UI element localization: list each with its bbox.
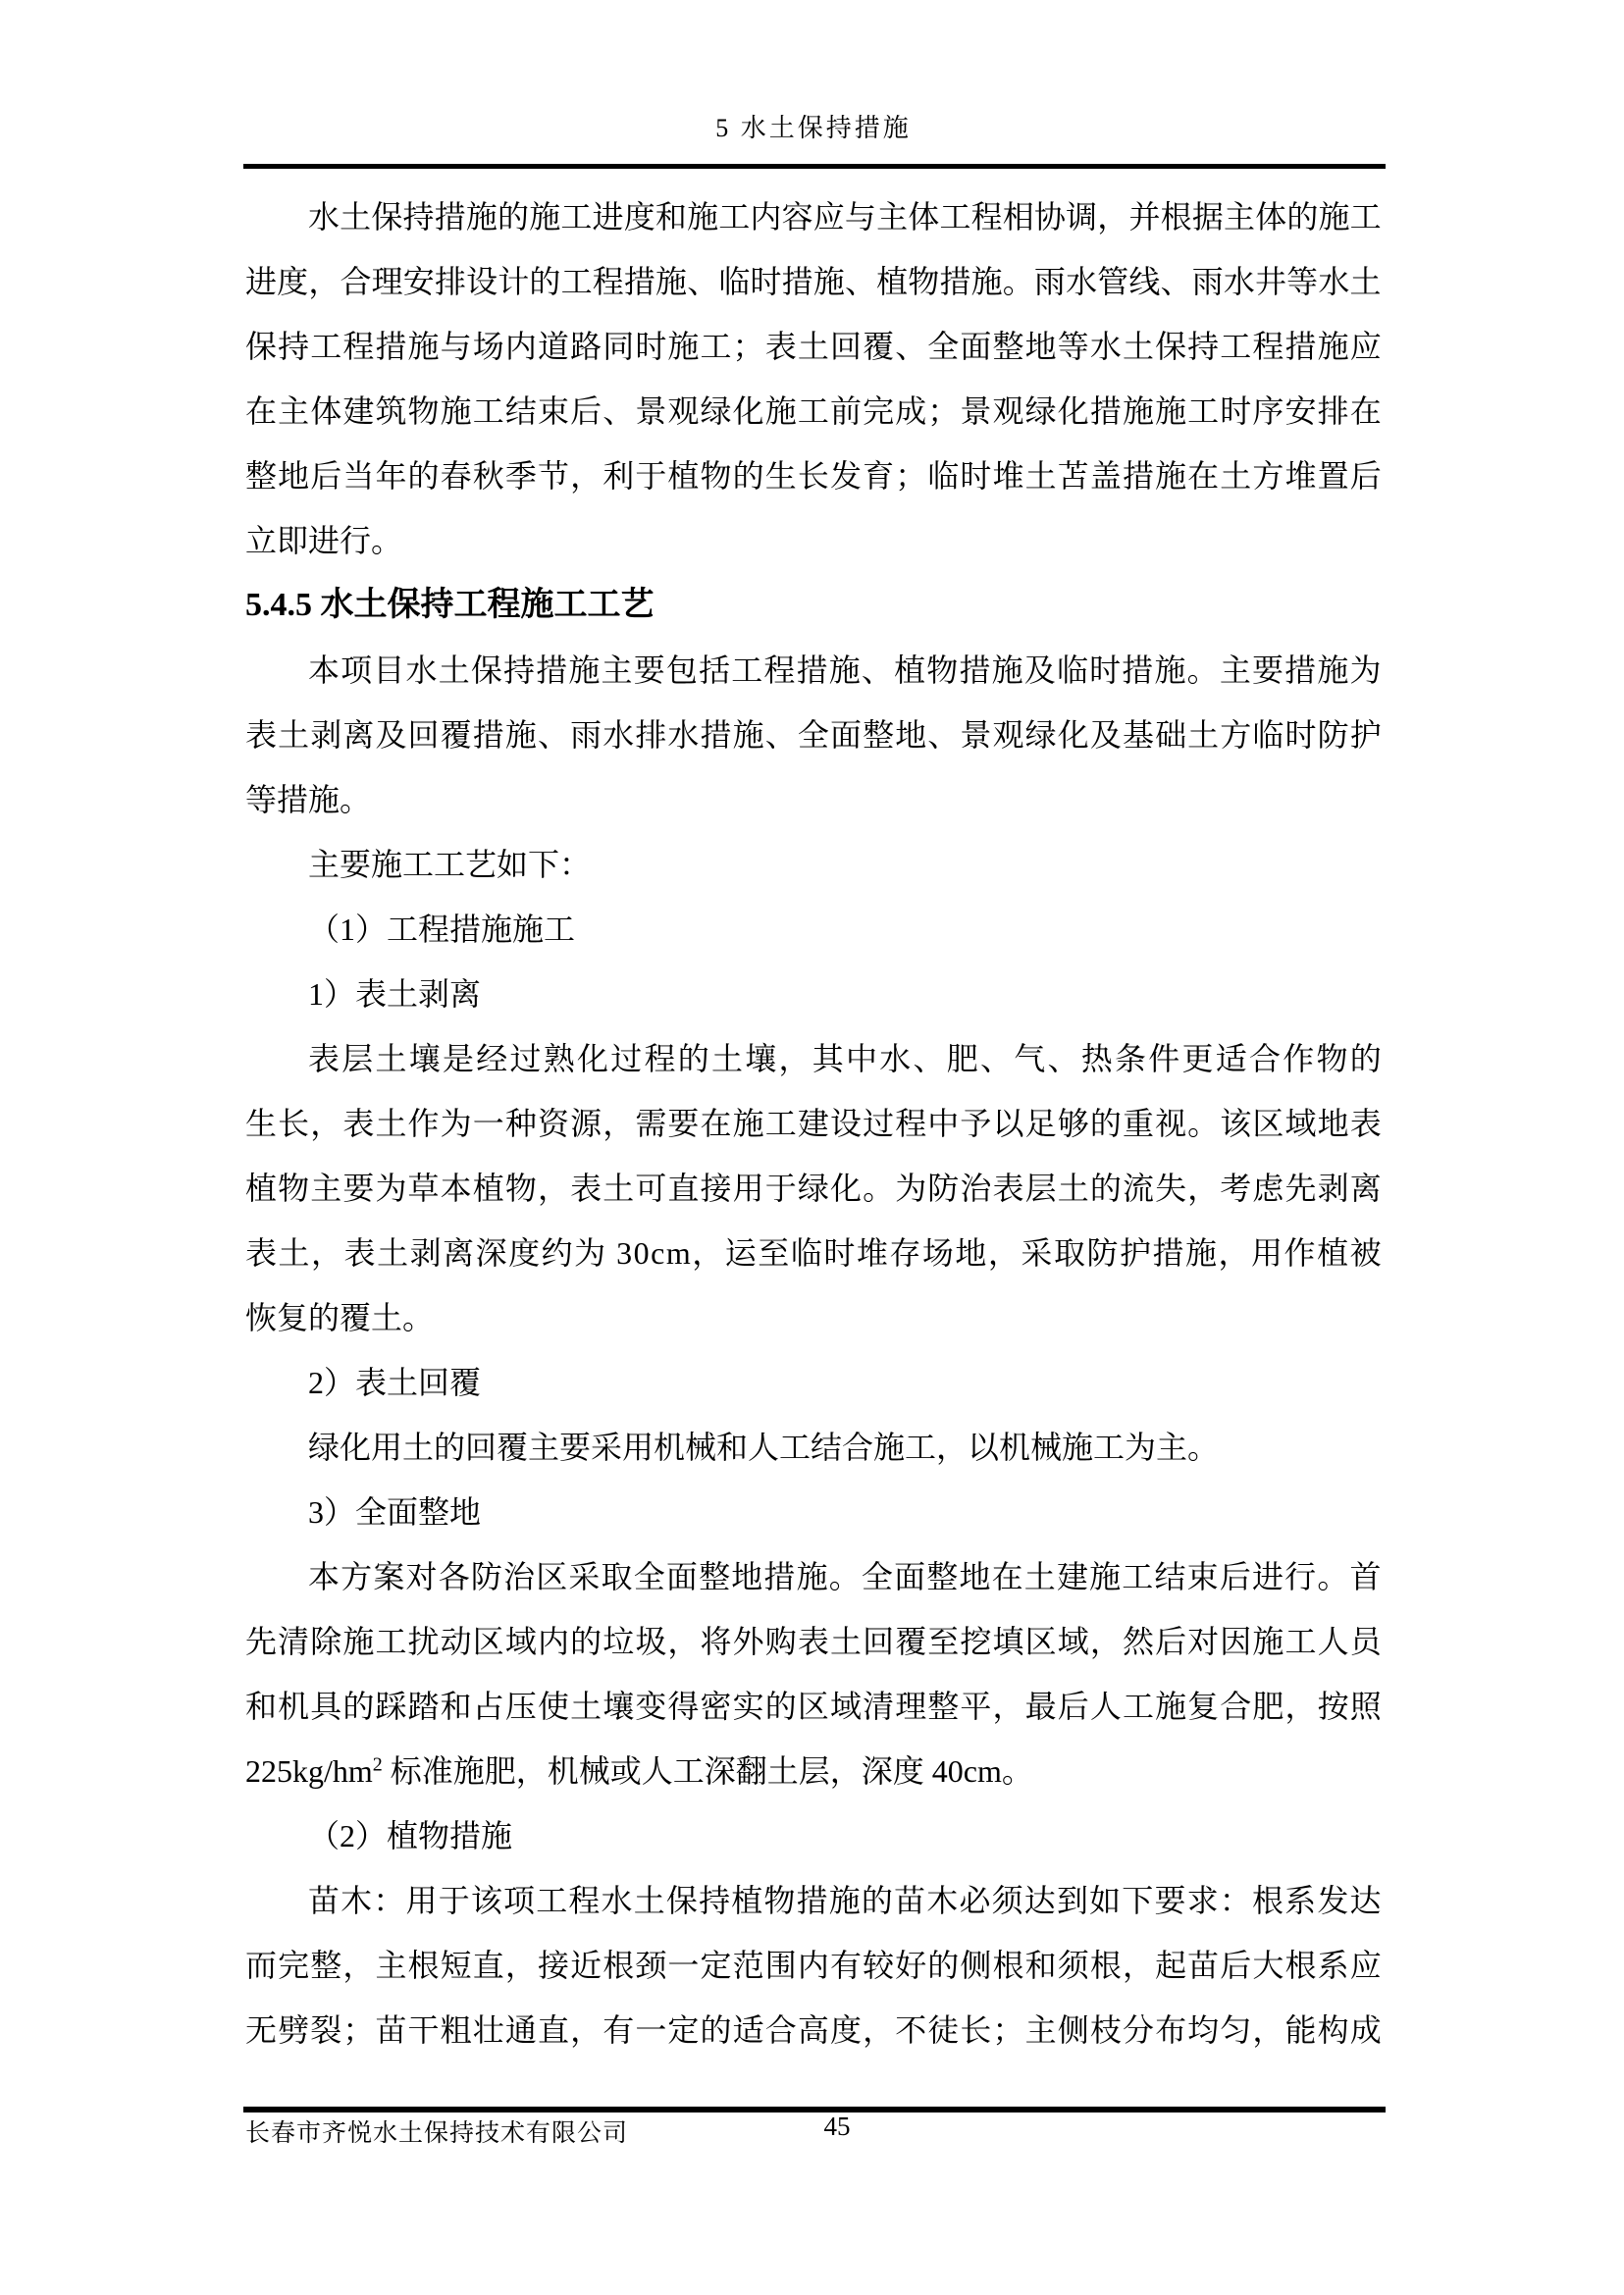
text-line: 进度，合理安排设计的工程措施、临时措施、植物措施。雨水管线、雨水井等水土 [245,249,1382,314]
text-line: 植物主要为草本植物，表土可直接用于绿化。为防治表层土的流失，考虑先剥离 [245,1156,1382,1221]
text-line: 绿化用土的回覆主要采用机械和人工结合施工，以机械施工为主。 [245,1415,1382,1480]
text-line: 表层土壤是经过熟化过程的土壤，其中水、肥、气、热条件更适合作物的 [245,1026,1382,1091]
text-line: 表土剥离及回覆措施、雨水排水措施、全面整地、景观绿化及基础土方临时防护 [245,703,1382,767]
text-line: 2）表土回覆 [245,1350,1382,1415]
text-line: 整地后当年的春秋季节，利于植物的生长发育；临时堆土苫盖措施在土方堆置后 [245,443,1382,508]
text-line: 和机具的踩踏和占压使土壤变得密实的区域清理整平，最后人工施复合肥，按照 [245,1674,1382,1739]
text-line: 而完整，主根短直，接近根颈一定范围内有较好的侧根和须根，起苗后大根系应 [245,1933,1382,1998]
text-line: 等措施。 [245,767,1382,832]
text-line: 先清除施工扰动区域内的垃圾，将外购表土回覆至挖填区域，然后对因施工人员 [245,1609,1382,1674]
text-line: （1）工程措施施工 [245,897,1382,962]
document-page: 5 水土保持措施 水土保持措施的施工进度和施工内容应与主体工程相协调，并根据主体… [0,0,1624,2295]
page-header-title: 5 水土保持措施 [245,108,1382,144]
text-line: 主要施工工艺如下： [245,832,1382,897]
footer-page-number: 45 [824,2112,851,2142]
text-line: 苗木：用于该项工程水土保持植物措施的苗木必须达到如下要求：根系发达 [245,1868,1382,1933]
text-line: 恢复的覆土。 [245,1285,1382,1350]
text-line: 生长，表土作为一种资源，需要在施工建设过程中予以足够的重视。该区域地表 [245,1091,1382,1156]
text-line: 水土保持措施的施工进度和施工内容应与主体工程相协调，并根据主体的施工 [245,184,1382,249]
text-line: 表土，表土剥离深度约为 30cm，运至临时堆存场地，采取防护措施，用作植被 [245,1221,1382,1285]
text-line: 1）表土剥离 [245,962,1382,1026]
text-line: 本方案对各防治区采取全面整地措施。全面整地在土建施工结束后进行。首 [245,1544,1382,1609]
text-line: 在主体建筑物施工结束后、景观绿化施工前完成；景观绿化措施施工时序安排在 [245,379,1382,443]
document-body: 水土保持措施的施工进度和施工内容应与主体工程相协调，并根据主体的施工进度，合理安… [245,184,1382,2062]
text-line: 立即进行。 [245,508,1382,573]
text-line: 本项目水土保持措施主要包括工程措施、植物措施及临时措施。主要措施为 [245,638,1382,703]
text-line: 无劈裂；苗干粗壮通直，有一定的适合高度，不徒长；主侧枝分布均匀，能构成 [245,1998,1382,2062]
section-heading: 5.4.5 水土保持工程施工工艺 [245,573,1382,638]
text-line: 225kg/hm2 标准施肥，机械或人工深翻土层，深度 40cm。 [245,1739,1382,1803]
text-line: 3）全面整地 [245,1480,1382,1544]
header-rule [243,164,1386,169]
text-line: （2）植物措施 [245,1803,1382,1868]
footer-company-name: 长春市齐悦水土保持技术有限公司 [245,2113,628,2149]
footer-rule [243,2107,1386,2112]
text-line: 保持工程措施与场内道路同时施工；表土回覆、全面整地等水土保持工程措施应 [245,314,1382,379]
